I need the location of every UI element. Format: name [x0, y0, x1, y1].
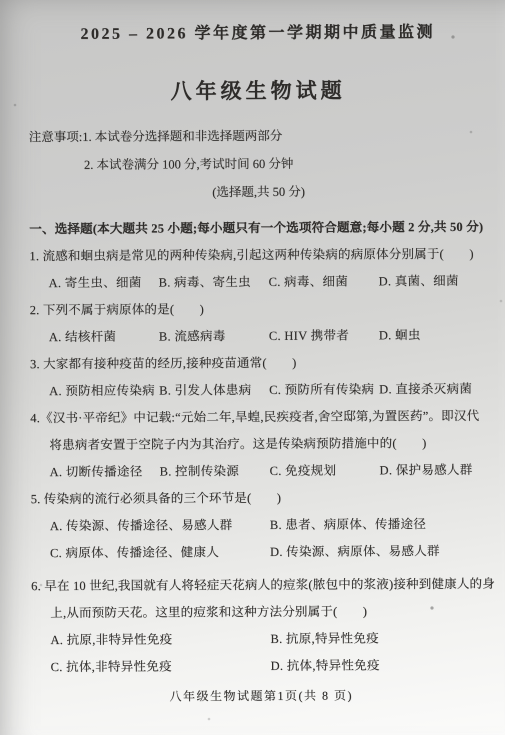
- option-b: B. 流感病毒: [159, 323, 269, 351]
- option-d: D. 保护易感人群: [379, 457, 489, 485]
- question-4: 4.《汉书·平帝纪》中记载:“元始二年,旱蝗,民疾疫者,舍空邸第,为置医药”。即…: [30, 403, 489, 486]
- question-options: A. 预防相应传染病 B. 引发人体患病 C. 预防所有传染病 D. 直接杀灭病…: [30, 376, 489, 405]
- question-stem-continued: 上,从而预防天花。这里的痘浆和这种方法分别属于( ): [31, 598, 490, 627]
- scanned-exam-page: 2025 – 2026 学年度第一学期期中质量监测 八年级生物试题 注意事项:1…: [0, 0, 505, 735]
- section-score-banner: (选择题,共 50 分): [29, 177, 488, 207]
- exam-title: 八年级生物试题: [28, 75, 487, 107]
- question-options: A. 寄生虫、细菌 B. 病毒、寄生虫 C. 病毒、细菌 D. 真菌、细菌: [29, 268, 488, 297]
- option-a: A. 寄生虫、细菌: [48, 269, 158, 297]
- option-c: C. 病毒、细菌: [268, 268, 378, 296]
- option-c: C. 预防所有传染病: [269, 376, 379, 404]
- option-d: D. 蛔虫: [379, 322, 489, 350]
- option-d: D. 真菌、细菌: [378, 268, 488, 296]
- option-d: D. 抗体,特异性免疫: [270, 652, 490, 680]
- option-d: D. 传染源、病原体、易感人群: [270, 538, 490, 566]
- question-stem: 2. 下列不属于病原体的是( ): [30, 295, 489, 324]
- question-stem: 3. 大家都有接种疫苗的经历,接种疫苗通常( ): [30, 349, 489, 378]
- page-footer: 八年级生物试题第1页(共 8 页): [32, 685, 491, 707]
- question-stem-continued: 将患病者安置于空院子内为其治疗。这是传染病预防措施中的( ): [30, 430, 489, 459]
- question-options: A. 传染源、传播途径、易感人群 B. 患者、病原体、传播途径 C. 病原体、传…: [31, 511, 490, 567]
- question-stem: 5. 传染病的流行必须具备的三个环节是( ): [31, 484, 490, 513]
- question-6: 6. 早在 10 世纪,我国就有人将轻症天花病人的痘浆(脓包中的浆液)接种到健康…: [31, 571, 491, 681]
- question-stem: 1. 流感和蛔虫病是常见的两种传染病,引起这两种传染病的病原体分别属于( ): [29, 241, 488, 270]
- notice-line-1: 注意事项:1. 本试卷分选择题和非选择题两部分: [29, 121, 488, 151]
- question-options: A. 切断传播途径 B. 控制传染源 C. 免疫规划 D. 保护易感人群: [30, 457, 489, 486]
- option-b: B. 抗原,特异性免疫: [270, 625, 490, 653]
- option-c: C. 病原体、传播途径、健康人: [50, 539, 270, 567]
- option-a: A. 预防相应传染病: [49, 377, 159, 405]
- question-options: A. 结核杆菌 B. 流感病毒 C. HIV 携带者 D. 蛔虫: [30, 322, 489, 351]
- question-stem: 6. 早在 10 世纪,我国就有人将轻症天花病人的痘浆(脓包中的浆液)接种到健康…: [31, 571, 490, 600]
- notice-item-1: 1. 本试卷分选择题和非选择题两部分: [82, 129, 282, 144]
- option-b: B. 控制传染源: [159, 458, 269, 486]
- session-title: 2025 – 2026 学年度第一学期期中质量监测: [28, 21, 487, 47]
- question-1: 1. 流感和蛔虫病是常见的两种传染病,引起这两种传染病的病原体分别属于( ) A…: [29, 241, 488, 297]
- option-b: B. 病毒、寄生虫: [158, 269, 268, 297]
- notice-label: 注意事项:: [29, 130, 83, 144]
- option-b: B. 引发人体患病: [159, 377, 269, 405]
- option-c: C. 抗体,非特异性免疫: [50, 653, 270, 681]
- question-options: A. 抗原,非特异性免疫 B. 抗原,特异性免疫 C. 抗体,非特异性免疫 D.…: [31, 625, 490, 681]
- section-heading: 一、选择题(本大题共 25 小题;每小题只有一个选项符合题意;每小题 2 分,共…: [29, 213, 488, 243]
- option-d: D. 直接杀灭病菌: [379, 376, 489, 404]
- option-a: A. 传染源、传播途径、易感人群: [50, 512, 270, 540]
- option-b: B. 患者、病原体、传播途径: [270, 511, 490, 539]
- option-a: A. 结核杆菌: [49, 323, 159, 351]
- question-2: 2. 下列不属于病原体的是( ) A. 结核杆菌 B. 流感病毒 C. HIV …: [30, 295, 489, 351]
- option-a: A. 抗原,非特异性免疫: [50, 626, 270, 654]
- question-5: 5. 传染病的流行必须具备的三个环节是( ) A. 传染源、传播途径、易感人群 …: [31, 484, 490, 567]
- option-c: C. HIV 携带者: [269, 322, 379, 350]
- option-c: C. 免疫规划: [269, 457, 379, 485]
- question-3: 3. 大家都有接种疫苗的经历,接种疫苗通常( ) A. 预防相应传染病 B. 引…: [30, 349, 489, 405]
- question-stem: 4.《汉书·平帝纪》中记载:“元始二年,旱蝗,民疾疫者,舍空邸第,为置医药”。即…: [30, 403, 489, 432]
- option-a: A. 切断传播途径: [49, 458, 159, 486]
- notice-item-2: 2. 本试卷满分 100 分,考试时间 60 分钟: [29, 149, 488, 179]
